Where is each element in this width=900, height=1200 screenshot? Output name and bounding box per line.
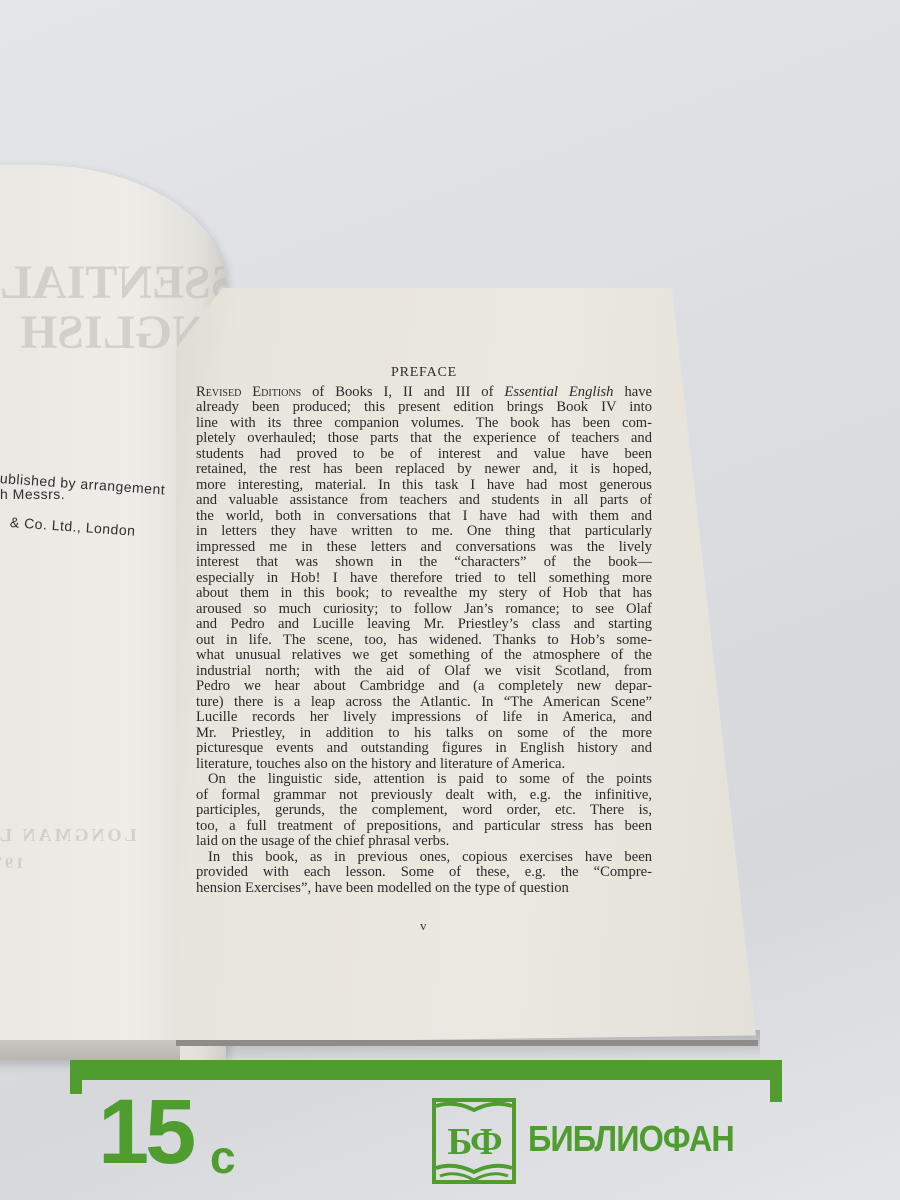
preface-line: In this book, as in previous ones, copio… [196,850,652,866]
price-tag-bracket-right [770,1060,782,1102]
preface-line: picturesque events and outstanding figur… [196,741,652,757]
preface-line: impressed me in these letters and conver… [196,540,652,556]
preface-line: aroused so much curiosity; to follow Jan… [196,602,652,618]
preface-line: the world, both in conversations that I … [196,509,652,525]
preface-line: Pedro we hear about Cambridge and (a com… [196,679,652,695]
price-currency: с [210,1130,236,1184]
show-through-publisher: LONGMAN LO [0,825,137,846]
lead-smallcaps: Revised Editions [196,385,301,400]
preface-line: Revised Editions of Books I, II and III … [196,385,652,401]
left-page-edge [0,1040,180,1060]
page-number: v [420,918,427,934]
preface-line: out in life. The scene, too, has widened… [196,633,652,649]
preface-heading: PREFACE [196,365,652,381]
preface-line: literature, touches also on the history … [196,757,652,773]
preface-line: of formal grammar not previously dealt w… [196,788,652,804]
preface-text: PREFACE Revised Editions of Books I, II … [196,365,652,896]
preface-line: Lucille records her lively impressions o… [196,710,652,726]
preface-line: retained, the rest has been replaced by … [196,462,652,478]
logo-monogram: БФ [436,1120,512,1164]
preface-line: more interesting, material. In this task… [196,478,652,494]
preface-line: about them in this book; to revealthe my… [196,586,652,602]
preface-line: especially in Hob! I have therefore trie… [196,571,652,587]
right-page-edge [176,1040,758,1046]
preface-line: Mr. Priestley, in addition to his talks … [196,726,652,742]
preface-line: pletely overhauled; those parts that the… [196,431,652,447]
preface-line: too, a full treatment of prepositions, a… [196,819,652,835]
preface-line: provided with each lesson. Some of these… [196,865,652,881]
preface-line: already been produced; this present edit… [196,400,652,416]
show-through-year: 1971 [0,855,24,873]
preface-line: laid on the usage of the chief phrasal v… [196,834,652,850]
preface-line: interest that was shown in the “characte… [196,555,652,571]
preface-line: and Pedro and Lucille leaving Mr. Priest… [196,617,652,633]
brand-name: БИБЛИОФАН [528,1118,734,1160]
price-value: 15 [98,1082,192,1182]
price-tag-bar [70,1060,782,1080]
show-through-title-line-1: ESSENTIAL [0,255,226,310]
book-title: Essential English [504,385,613,400]
preface-line: hension Exercises”, have been modelled o… [196,881,652,897]
preface-line: and valuable assistance from teachers an… [196,493,652,509]
preface-body: Revised Editions of Books I, II and III … [196,385,652,897]
preface-line: what unusual relatives we get something … [196,648,652,664]
price-tag-bracket-left [70,1060,82,1094]
preface-line: in letters they have written to me. One … [196,524,652,540]
preface-line: students had proved to be of interest an… [196,447,652,463]
preface-line: ture) there is a leap across the Atlanti… [196,695,652,711]
preface-line: On the linguistic side, attention is pai… [196,772,652,788]
preface-line: line with its three companion volumes. T… [196,416,652,432]
preface-line: industrial north; with the aid of Olaf w… [196,664,652,680]
imprint-line-2: h Messrs. [0,486,65,502]
preface-line: participles, gerunds, the complement, wo… [196,803,652,819]
